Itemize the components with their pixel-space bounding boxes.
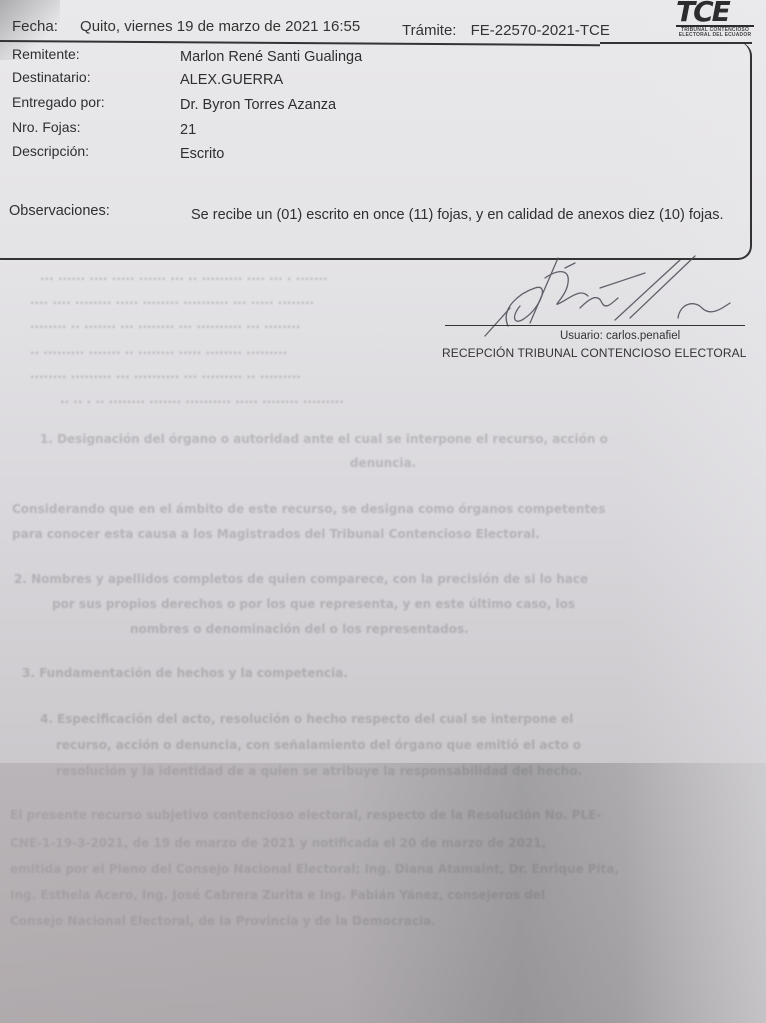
bleed-text: emitida por el Pleno del Consejo Naciona… [10,862,766,876]
tce-logo-mark: TCE [670,0,760,24]
usuario-label: Usuario: carlos.penafiel [560,330,680,342]
field-label: Destinatario: [12,69,91,85]
field-value: Dr. Byron Torres Azanza [180,97,336,113]
bleed-text: nombres o denominación del o los represe… [130,622,766,636]
fecha-label: Fecha: [12,18,58,35]
field-observaciones: Observaciones: Se recibe un (01) escrito… [9,203,110,219]
tce-logo: TCE TRIBUNAL CONTENCIOSO ELECTORAL DEL E… [670,0,760,38]
bleed-text: por sus propios derechos o por los que r… [52,597,766,611]
bleed-text: Ing. Esthela Acero, Ing. José Cabrera Zu… [10,888,766,902]
bleed-text: 2. Nombres y apellidos completos de quie… [14,572,766,586]
bleed-text: recurso, acción o denuncia, con señalami… [56,738,766,752]
reception-office: RECEPCIÓN TRIBUNAL CONTENCIOSO ELECTORAL [442,346,747,360]
bleed-text: ·· ·· · ·· ········ ······· ·········· ·… [60,395,766,409]
bleed-text: resolución y la identidad de a quien se … [56,764,766,778]
divider [600,42,752,44]
tramite-label: Trámite: [402,22,456,39]
photo-shadow [0,763,766,1023]
field-value: ALEX.GUERRA [180,72,283,88]
bleed-text: El presente recurso subjetivo contencios… [10,808,766,822]
bleed-text: ········ ········· ··· ·········· ··· ··… [30,370,766,384]
field-label: Nro. Fojas: [12,119,80,135]
bleed-text: 4. Especificación del acto, resolución o… [40,712,766,726]
signature-line [445,325,745,326]
field-label: Entregado por: [12,94,105,110]
date-line: Fecha: Quito, viernes 19 de marzo de 202… [12,18,360,35]
field-label: Observaciones: [9,203,110,219]
field-value: Escrito [180,146,224,162]
field-label: Descripción: [12,143,89,159]
field-value: Se recibe un (01) escrito en once (11) f… [191,207,724,223]
receipt-box [0,42,752,260]
fecha-value: Quito, viernes 19 de marzo de 2021 16:55 [80,18,360,35]
bleed-text: CNE-1-19-3-2021, de 19 de marzo de 2021 … [10,836,766,850]
logo-subtitle-2: ELECTORAL DEL ECUADOR [670,33,760,38]
field-value: 21 [180,122,196,138]
tramite-line: Trámite: FE-22570-2021-TCE [402,22,610,39]
bleed-text: 1. Designación del órgano o autoridad an… [40,432,766,446]
tramite-value: FE-22570-2021-TCE [471,22,610,39]
bleed-text: Considerando que en el ámbito de este re… [12,502,766,516]
field-label: Remitente: [12,46,80,62]
bleed-text: denuncia. [0,456,766,470]
bleed-text: Consejo Nacional Electoral, de la Provin… [10,914,766,928]
bleed-text: para conocer esta causa a los Magistrado… [12,527,766,541]
bleed-text: 3. Fundamentación de hechos y la compete… [22,666,766,680]
field-value: Marlon René Santi Gualinga [180,49,362,65]
